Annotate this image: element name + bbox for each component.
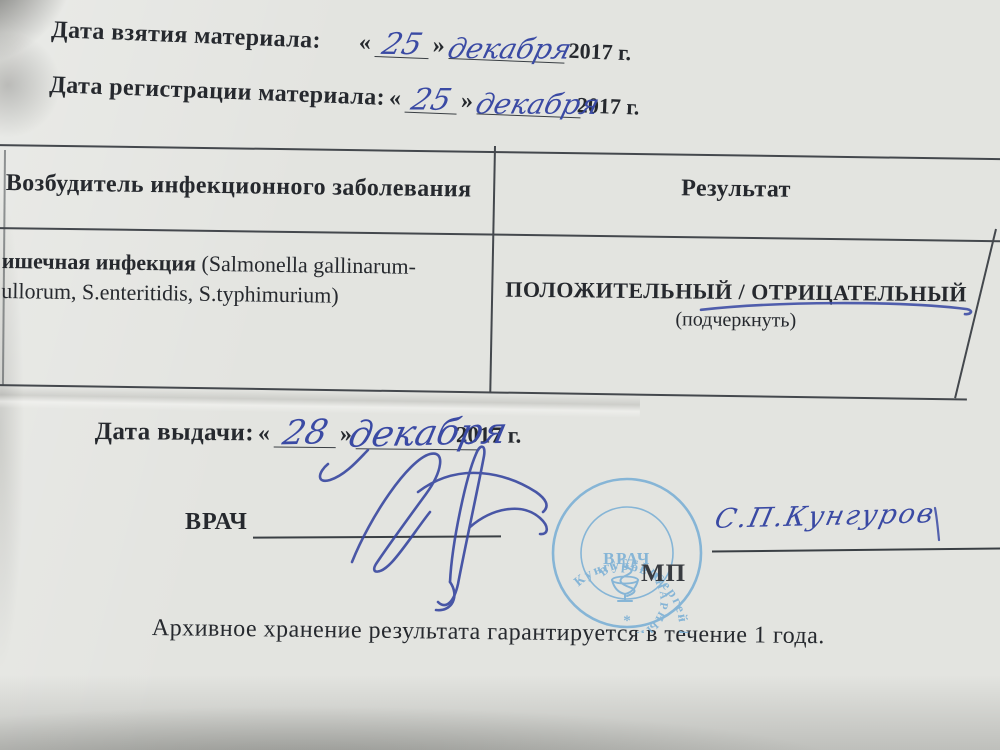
quote-close: » [460, 88, 473, 114]
date-taken-row: Дата взятия материала:« 25 » декабря 201… [51, 13, 632, 67]
pathogen-name: ишечная инфекция [2, 248, 197, 276]
quote-open: « [358, 29, 371, 55]
doctor-label: ВРАЧ [185, 509, 248, 536]
table-top-border [0, 144, 1000, 160]
header-pathogen: Возбудитель инфекционного заболевания [6, 170, 472, 203]
table-column-divider [489, 146, 496, 392]
veterinary-stamp-seal: Кунгуров Сергей Павлович ВЕТЕРИНАРНЫЙ ВР… [547, 473, 707, 633]
date-taken-month-blank: декабря [448, 30, 565, 64]
stamp-place-label: МП [641, 560, 686, 588]
date-registered-row: Дата регистрации материала: « 25 » декаб… [49, 68, 640, 122]
table-header-border [0, 227, 1000, 242]
date-registered-label: Дата регистрации материала: [49, 72, 386, 111]
name-line [712, 547, 1000, 552]
pathogen-cell: ишечная инфекция (Salmonella gallinarum-… [1, 246, 416, 312]
pen-underline-mark [695, 296, 980, 320]
header-result: Результат [497, 173, 975, 207]
photographed-lab-result-document: Дата взятия материала:« 25 » декабря 201… [0, 0, 1000, 750]
handwritten-month: декабря [473, 91, 602, 119]
date-registered-day-blank: 25 [404, 82, 457, 115]
handwritten-month: декабря [445, 35, 574, 63]
pathogen-latin-1: (Salmonella gallinarum- [196, 251, 416, 279]
doctor-signature [300, 432, 556, 622]
date-issued-label: Дата выдачи: [95, 418, 254, 446]
quote-open: « [389, 85, 402, 111]
pen-tick-mark [931, 506, 943, 542]
handwritten-day: 25 [408, 86, 454, 116]
handwritten-day: 25 [379, 30, 425, 60]
date-registered-month-blank: декабря [476, 85, 581, 118]
pathogen-latin-2: ullorum, S.enteritidis, S.typhimurium) [1, 278, 339, 308]
date-taken-year: 2017 г. [568, 38, 631, 65]
date-taken-label: Дата взятия материала: [51, 17, 322, 54]
quote-close: » [432, 32, 445, 58]
quote-open: « [258, 420, 270, 446]
stamp-bottom-star: * [623, 613, 631, 629]
handwritten-doctor-name: С.П.Кунгуров [712, 500, 938, 533]
date-taken-day-blank: 25 [374, 26, 429, 59]
